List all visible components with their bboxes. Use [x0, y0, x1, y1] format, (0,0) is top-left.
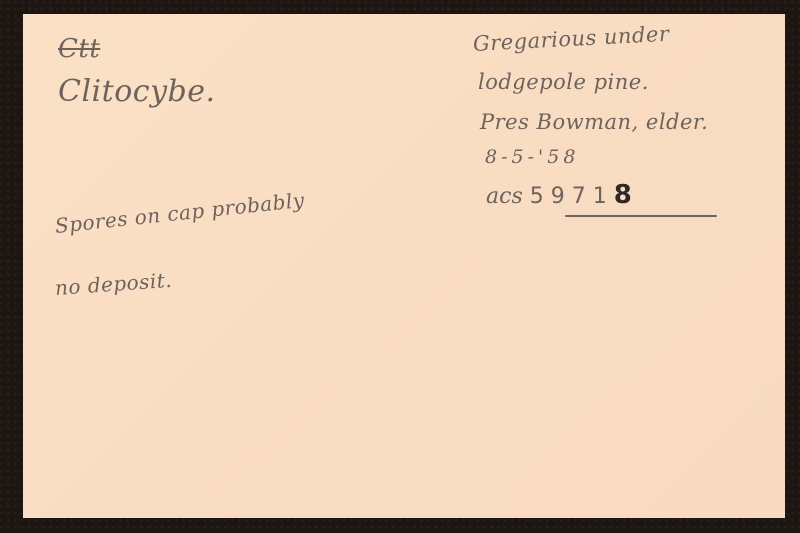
spore-note-line-1: Spores on cap probably	[54, 188, 306, 238]
accession-underline	[565, 215, 717, 217]
collection-date: 8-5-'58	[485, 146, 579, 168]
accession-label: acs 59718	[486, 180, 632, 210]
collector-line: Pres Bowman, elder.	[480, 110, 708, 134]
spore-note-line-2: no deposit.	[54, 268, 173, 300]
specimen-card: Ctt Clitocybe. Gregarious under lodgepol…	[23, 14, 785, 518]
accession-number: 5971	[530, 184, 614, 209]
genus-name: Clitocybe.	[58, 74, 216, 109]
habitat-line-2: lodgepole pine.	[478, 70, 649, 94]
habitat-line-1: Gregarious under	[472, 22, 670, 56]
struck-code: Ctt	[58, 34, 100, 64]
accession-prefix: acs	[486, 184, 523, 209]
accession-last-digit: 8	[614, 180, 632, 210]
